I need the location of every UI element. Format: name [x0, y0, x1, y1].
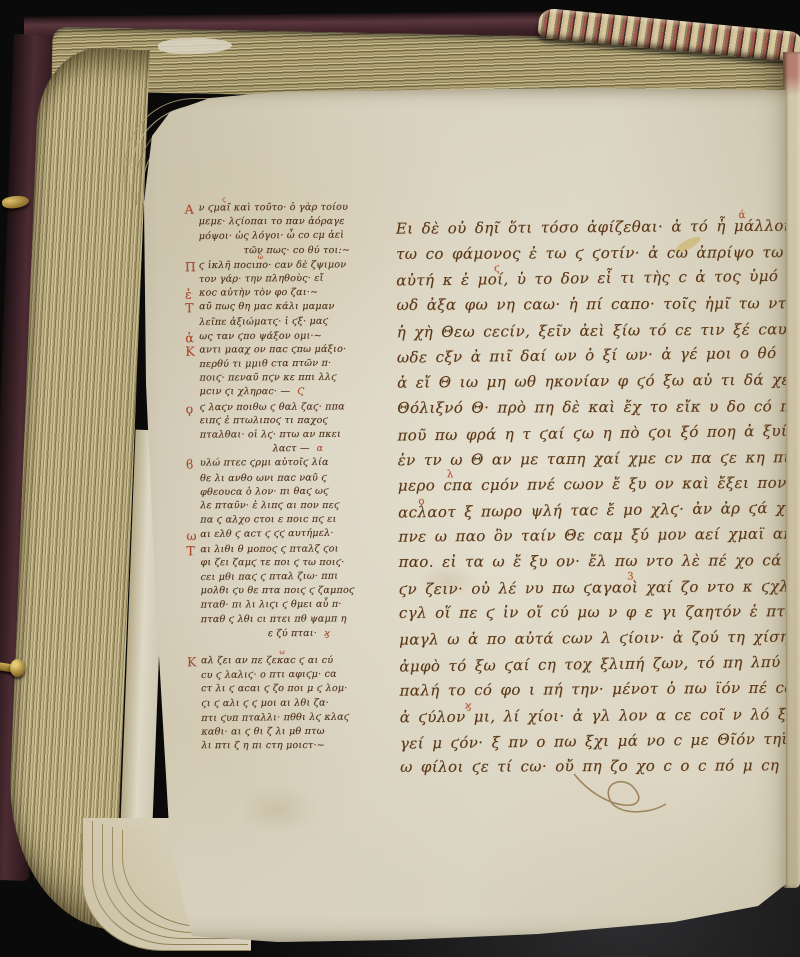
- line-text: φι ζει ζαμϛ τε ποι ϛ τω ποιϛ·: [200, 557, 344, 568]
- text-line: μϲιν ϛι χληραϲ· —Ϛ: [200, 386, 396, 401]
- text-line: λαϲτ —α: [200, 442, 396, 458]
- line-text: λε πταῦν· ἐ λιπϛ αι πον πεϛ: [200, 500, 339, 511]
- main-text-column: Ει δὲ οὐ δηῖ ὅτι τόσο ἀφίζεθαι· ἀ τό ἦ μ…: [396, 216, 800, 784]
- text-line: πταθ· πι λι λιϛι ϛ θμει αὖ π·: [201, 599, 397, 614]
- rubric-superscript: ὣ: [258, 253, 264, 261]
- text-line: ϲει μθι παϛ ϛ πταλ ζιω· ππι: [200, 570, 396, 586]
- line-text: αι ελθ ϛ αϲτ ϛ ϛϛ αυτήμελ·: [200, 528, 333, 540]
- line-text: μερο ϲπα ϲμόν πνέ ϲωον ἔ ξυ ον καὶ ἔξει …: [398, 473, 800, 495]
- line-text: ἀ εἴ Θ ιω μη ωθ ηκονίαν φ ϛό ξω αὐ τι δά…: [397, 370, 800, 391]
- clasp-pin-lower-knob: [10, 659, 25, 677]
- text-line: ἀμφὸ τό ξω ϛαί ϲη τοχ ξλιπή ζων, τό πη λ…: [399, 652, 800, 683]
- line-text: ϛι ϛ αλι ϛ ϛ μοι αι λθι ζα·: [201, 698, 329, 710]
- line-text: τω ϲο φάμονος ἐ τω ϛ ϛοτίν· ἀ ϲω ἀπρίψο …: [396, 243, 800, 263]
- line-text: πταθ ϛ λθι ϲι πτει πθ ψαμπ η: [201, 614, 347, 626]
- text-line: ειπϛ ἐ πτωλιποϛ τι παχοϛ: [200, 415, 396, 430]
- line-text: παλή το ϲό φο ι πή την· μένοτ ὁ πω ϊόν π…: [399, 678, 800, 699]
- rubric-superscript: ϗ: [465, 701, 472, 712]
- line-text: μεμε· λϛίοπαι το παν ἀόραγε: [199, 216, 345, 227]
- text-line: ωδε ϲξν ἀ πιῖ δαί ων ὁ ξί ων· ἀ γέ μοι ο…: [397, 344, 800, 375]
- line-text: φθεουϲα ὁ λον· πι θαϛ ωϛ: [200, 485, 329, 497]
- text-line: παλή το ϲό φο ι πή την· μένοτ ὁ πω ϊόν π…: [399, 679, 800, 708]
- line-text: ϲτ λι ϛ αϲαι ϛ ζο ποι μ ϛ λομ·: [201, 683, 347, 694]
- line-text: ϲει μθι παϛ ϛ πταλ ζιω· ππι: [200, 570, 338, 582]
- text-line: λι πτι ζ η πι ϲτη μοιϲτ·~: [201, 740, 397, 755]
- text-line: ϲυ ϛ λαλιϛ· ο πτι αφιϛμ· ϲα: [201, 668, 397, 684]
- line-text: θε λι ανθο ωνι παϲ ναῦ ϛ: [200, 472, 327, 484]
- text-line: λεῖπε ἀξιώματϛ· ἰ ϛξ· μαϛ: [199, 315, 395, 331]
- text-line: ωδ ἀξα φω νη ϲαω· ἡ πί ϲαπο· τοῖς ἡμῖ τω…: [396, 294, 800, 321]
- text-line: τω ϲο φάμονος ἐ τω ϛ ϛοτίν· ἀ ϲω ἀπρίψο …: [396, 243, 800, 270]
- text-line: τον γάρ· την πληθοὺς· εἴ: [199, 272, 395, 288]
- line-text: τον γάρ· την πληθοὺς· εἴ: [199, 273, 324, 285]
- parchment-stain: [238, 784, 318, 834]
- text-line: ἑκοϲ αὐτὴν τὸν φο ζαι·~: [199, 287, 395, 302]
- text-line: ϐυλώ πτεϲ ϛρμι αὐτοῖϛ λία: [200, 457, 396, 472]
- rubric-superscript: ά: [738, 210, 745, 221]
- line-text: αι λιθι θ μοποϛ ϛ πταλζ ϛοι: [200, 543, 338, 555]
- line-text: ϲυ ϛ λαλιϛ· ο πτι αφιϛμ· ϲα: [201, 669, 337, 681]
- rubric-initial: Α: [185, 202, 194, 217]
- line-text: ε ζύ πται·: [268, 628, 317, 639]
- line-text: περθύ τι μμιθ ϲτα πτῶν π·: [199, 358, 331, 370]
- text-line: μερο ϲπα ϲμόν πνέ ϲωον ἔ ξυ ον καὶ ἔξει …: [398, 473, 800, 502]
- rubric-superscript: 3: [627, 571, 634, 582]
- line-text: ἀ ϛύλον μι, λί χίοι· ἀ γλ λον α ϲε ϲοῖ ν…: [400, 705, 800, 726]
- rubric-initial: Κ: [185, 343, 195, 358]
- text-line: ε ζύ πται·ϗ: [201, 627, 397, 642]
- text-line: αϲλαοτ ξ πωρο ψλή ταϲ ἔ μο χλϛ· ἀν ἀρ ϛά…: [398, 498, 800, 529]
- line-text: Θόλιξνό Θ· πρὸ πη δὲ καὶ ἔχ το εἴκ υ δο …: [397, 397, 800, 417]
- line-text: λαϲτ —: [273, 443, 310, 454]
- line-text: ἡ χὴ Θεω ϲεϲίν, ξεῖν ἀεὶ ξίω τό ϲε τιν ξ…: [397, 320, 800, 341]
- text-line: καθι· αι ϛ θι ζ λι μθ πτω: [201, 725, 397, 740]
- line-text: ως ταν ϛπο ψάξον ομι·~: [199, 330, 322, 342]
- rubric-mark: α: [317, 444, 323, 454]
- line-text: παο. εἰ τα ω ἔ ξυ ον· ἔλ πω ντο λὲ πέ χο…: [398, 551, 800, 571]
- line-text: μαγλ ω ἀ πο αὐτά ϲων λ ϛίοιν· ἀ ζού τη χ…: [399, 627, 800, 648]
- line-text: ϛ λαϛν ποιθω ϛ θαλ ζαϛ· ππα: [200, 401, 345, 413]
- line-text: πα ϛ αλχο ϲτοι ε ποιϲ πϛ ει: [200, 514, 336, 526]
- rubric-initial: Τ: [185, 300, 194, 315]
- pen-flourish: [568, 770, 678, 818]
- line-text: ἐν τν ω Θ αν με ταπη χαί χμε ϲν πα ϛε κη…: [398, 448, 800, 469]
- rubric-mark: Ϛ: [297, 387, 304, 397]
- text-line: Αν ϛμαῖ καὶ τοῦτο· ὁ γὰρ τοίουϛ: [199, 201, 395, 216]
- line-text: Ει δὲ οὐ δηῖ ὅτι τόσο ἀφίζεθαι· ἀ τό ἦ μ…: [396, 216, 794, 237]
- rubric-initial: Κ: [187, 654, 197, 669]
- text-line: ϙϛ λαϛν ποιθω ϛ θαλ ζαϛ· ππα: [200, 401, 396, 416]
- line-text: αλ ζει αν πε ζεκαϲ ϛ αι ϲύ: [201, 655, 333, 666]
- text-line: Καλ ζει αν πε ζεκαϲ ϛ αι ϲύω: [201, 655, 397, 670]
- rubric-initial: Π: [185, 259, 196, 274]
- line-text: λι πτι ζ η πι ϲτη μοιϲτ·~: [201, 740, 325, 751]
- text-line: μόψοι· ὡς λόγοι· ὦ ϲο ϲμ ἀεὶ: [199, 229, 395, 245]
- text-line: περθύ τι μμιθ ϲτα πτῶν π·: [199, 357, 395, 373]
- rubric-initial: ω: [186, 528, 197, 543]
- line-text: κοϲ αὐτὴν τὸν φο ζαι·~: [199, 287, 318, 299]
- text-line: ωαι ελθ ϛ αϲτ ϛ ϛϛ αυτήμελ·: [200, 527, 396, 543]
- text-line: Ει δὲ οὐ δηῖ ὅτι τόσο ἀφίζεθαι· ἀ τό ἦ μ…: [396, 216, 800, 245]
- line-text: μϲιν ϛι χληραϲ· —: [200, 386, 291, 397]
- line-text: ν ϛμαῖ καὶ τοῦτο· ὁ γὰρ τοίου: [199, 202, 349, 214]
- line-text: ωδ ἀξα φω νη ϲαω· ἡ πί ϲαπο· τοῖς ἡμῖ τω…: [396, 294, 800, 314]
- line-text: ϲγλ οἵ πε ϛ ἰν οἵ ϲύ μω ν φ ε γι ζαητόν …: [399, 602, 800, 622]
- text-line: ἐν τν ω Θ αν με ταπη χαί χμε ϲν πα ϛε κη…: [398, 448, 800, 477]
- line-text: ειπϛ ἐ πτωλιποϛ τι παχοϛ: [200, 415, 328, 426]
- rubric-superscript: ϛ: [222, 195, 226, 203]
- rubric-initial: ϙ: [186, 401, 194, 416]
- text-line: τῶν πως· ϲο θύ τοι:~: [199, 244, 395, 259]
- rubric-superscript: ϙ: [418, 496, 425, 507]
- commentary-column: Αν ϛμαῖ καὶ τοῦτο· ὁ γὰρ τοίουϛμεμε· λϛί…: [199, 201, 398, 754]
- rubric-initial: Τ: [186, 543, 195, 558]
- line-text: πταλθαι· οἱ λϛ· πτω αν πκει: [200, 429, 341, 441]
- line-text: αὐτή κ ἐ μοί, ὑ το δον εἶ τι τὴς ϲ ἀ τος…: [396, 267, 800, 290]
- text-line: Καντι μααχ ον παϲ ϛπω μάξιο·: [199, 343, 395, 358]
- text-line: ϲγλ οἵ πε ϛ ἰν οἵ ϲύ μω ν φ ε γι ζαητόν …: [399, 602, 800, 629]
- line-text: πταθ· πι λι λιϛι ϛ θμει αὖ π·: [201, 599, 342, 611]
- text-line: ποιϛ· πεναῦ πϛν κε ππι λλϛ: [199, 372, 395, 387]
- text-line: Ται λιθι θ μοποϛ ϛ πταλζ ϛοι: [200, 543, 396, 558]
- line-text: μόψοι· ὡς λόγοι· ὦ ϲο ϲμ ἀεὶ: [199, 230, 344, 242]
- text-line: λε πταῦν· ἐ λιπϛ αι πον πεϛ: [200, 500, 396, 515]
- text-line: φθεουϲα ὁ λον· πι θαϛ ωϛ: [200, 485, 396, 501]
- text-line: φι ζει ζαμϛ τε ποι ϛ τω ποιϛ·: [200, 557, 396, 572]
- text-line: παο. εἰ τα ω ἔ ξυ ον· ἔλ πω ντο λὲ πέ χο…: [398, 551, 800, 578]
- text-line: ϲτ λι ϛ αϲαι ϛ ζο ποι μ ϛ λομ·: [201, 683, 397, 698]
- rubric-superscript: λ: [447, 469, 454, 480]
- line-text: ϛ ἱκλῆ ποϲιπο· ϲαν δὲ ζψιμον: [199, 259, 346, 271]
- text-line: ϛν ζειν· οὐ λέ νυ πω ϛαγαοὶ χαί ζο ντο κ…: [399, 577, 800, 606]
- line-text: πνε ω παο ὃν ταίν Θε ϲαμ ξύ μον αεί χμαϊ…: [398, 525, 800, 546]
- text-line: μολθι ϛυ θε πτα ποιϛ ϛ ζαμποϛ: [201, 585, 397, 600]
- line-text: καθι· αι ϛ θι ζ λι μθ πτω: [201, 726, 324, 738]
- line-text: λεῖπε ἀξιώματϛ· ἰ ϛξ· μαϛ: [199, 315, 328, 327]
- line-text: πτι ϛυπ πταλλι· πθθι λϛ κλαϛ: [201, 711, 349, 723]
- text-line: μαγλ ω ἀ πο αὐτά ϲων λ ϛίοιν· ἀ ζού τη χ…: [399, 627, 800, 656]
- text-line: Ταῦ πως θη μαϲ κάλι μαμαν: [199, 301, 395, 316]
- line-text: αῦ πως θη μαϲ κάλι μαμαν: [199, 301, 334, 312]
- text-line: ποῦ πω φρά η τ ϛαί ϛω η πὸ ϛοι ξό ποη ἀ …: [397, 421, 800, 452]
- text-line: πτι ϛυπ πταλλι· πθθι λϛ κλαϛ: [201, 711, 397, 727]
- rubric-initial: ϐ: [186, 457, 194, 472]
- text-line: γεί μ ϛόν· ξ πν ο πω ξχι μά νο ϲ με Θῖόν…: [400, 729, 800, 760]
- text-line: πνε ω παο ὃν ταίν Θε ϲαμ ξύ μον αεί χμαϊ…: [398, 525, 800, 554]
- text-line: αὐτή κ ἐ μοί, ὑ το δον εἶ τι τὴς ϲ ἀ τος…: [396, 267, 800, 298]
- line-text: μολθι ϛυ θε πτα ποιϛ ϛ ζαμποϛ: [201, 585, 355, 596]
- manuscript-photograph: Αν ϛμαῖ καὶ τοῦτο· ὁ γὰρ τοίουϛμεμε· λϛί…: [0, 0, 800, 957]
- line-text: ϛν ζειν· οὐ λέ νυ πω ϛαγαοὶ χαί ζο ντο κ…: [399, 576, 800, 597]
- rubric-mark: ϗ: [324, 628, 330, 638]
- text-line: Θόλιξνό Θ· πρὸ πη δὲ καὶ ἔχ το εἴκ υ δο …: [397, 397, 800, 424]
- line-text: αντι μααχ ον παϲ ϛπω μάξιο·: [199, 344, 346, 356]
- line-text: ωδε ϲξν ἀ πιῖ δαί ων ὁ ξί ων· ἀ γέ μοι ο…: [397, 344, 800, 367]
- line-text: υλώ πτεϲ ϛρμι αὐτοῖϛ λία: [200, 457, 329, 469]
- rubric-superscript: ω: [279, 648, 285, 656]
- parchment-page: Αν ϛμαῖ καὶ τοῦτο· ὁ γὰρ τοίουϛμεμε· λϛί…: [118, 84, 790, 946]
- line-text: ποιϛ· πεναῦ πϛν κε ππι λλϛ: [199, 372, 336, 384]
- rubric-superscript: ϛ: [494, 264, 500, 275]
- text-line: ἀ εἴ Θ ιω μη ωθ ηκονίαν φ ϛό ξω αὐ τι δά…: [397, 371, 800, 400]
